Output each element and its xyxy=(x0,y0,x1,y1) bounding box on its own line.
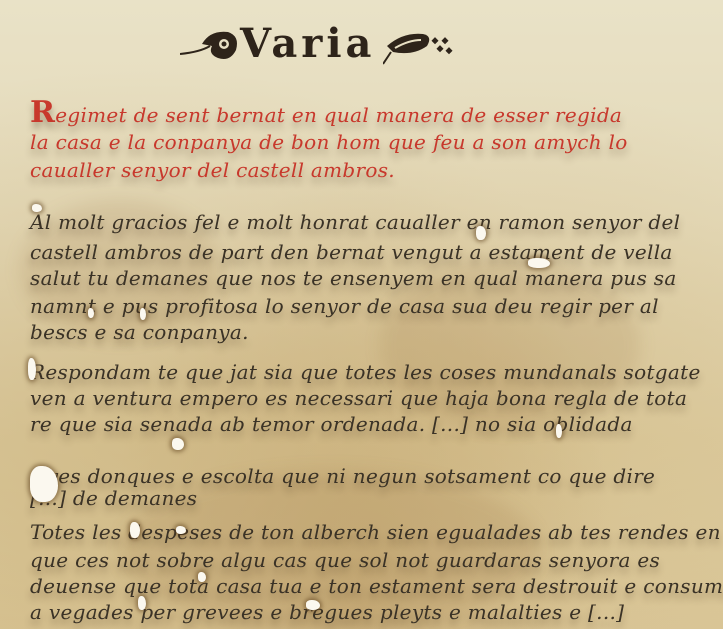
body-line: salut tu demanes que nos te ensenyem en … xyxy=(30,268,703,288)
body-line: que ces not sobre algu cas que sol not g… xyxy=(30,550,703,570)
body-line: a vegades per grevees e bregues pleyts e… xyxy=(30,602,703,622)
paper-hole xyxy=(130,522,140,538)
paper-hole xyxy=(140,308,146,320)
body-line: re que sia senada ab temor ordenada. [..… xyxy=(30,414,703,434)
paper-hole xyxy=(172,438,184,450)
paper-hole xyxy=(198,572,206,582)
paper-hole xyxy=(556,424,562,438)
paper-hole xyxy=(528,258,550,268)
body-line: castell ambros de part den bernat vengut… xyxy=(30,242,703,262)
body-line: namnt e pus profitosa lo senyor de casa … xyxy=(30,296,703,316)
body-line: ven a ventura empero es necessari que ha… xyxy=(30,388,703,408)
body-line: deuense que tota casa tua e ton estament… xyxy=(30,576,703,596)
heading-title: Varia xyxy=(240,24,375,64)
rubric-line: caualler senyor del castell ambros. xyxy=(30,160,703,180)
paper-hole xyxy=(30,466,58,502)
rubric-text: egimet de sent bernat en qual manera de … xyxy=(55,103,622,127)
rubric-initial: R xyxy=(30,95,55,130)
paper-hole xyxy=(476,226,486,240)
paper-hole xyxy=(32,204,42,212)
rubric-line: Regimet de sent bernat en qual manera de… xyxy=(30,98,703,128)
body-line: Oyes donques e escolta que ni negun sots… xyxy=(30,466,703,486)
body-line: [...] de demanes xyxy=(30,488,703,508)
page-heading: Varia xyxy=(180,14,510,74)
manuscript-page: Varia Regimet de sent bernat en qual man… xyxy=(0,0,723,629)
paper-hole xyxy=(28,358,36,380)
paper-hole xyxy=(88,308,94,318)
body-line: bescs e sa conpanya. xyxy=(30,322,703,342)
paper-hole xyxy=(138,596,146,610)
body-line: Al molt gracios fel e molt honrat cauall… xyxy=(30,212,703,232)
spiral-flourish-icon xyxy=(180,24,240,64)
paper-hole xyxy=(306,600,320,610)
body-line: Respondam te que jat sia que totes les c… xyxy=(30,362,703,382)
rubric-line: la casa e la conpanya de bon hom que feu… xyxy=(30,132,703,152)
paper-hole xyxy=(176,526,186,534)
leaf-flourish-icon xyxy=(383,22,453,66)
